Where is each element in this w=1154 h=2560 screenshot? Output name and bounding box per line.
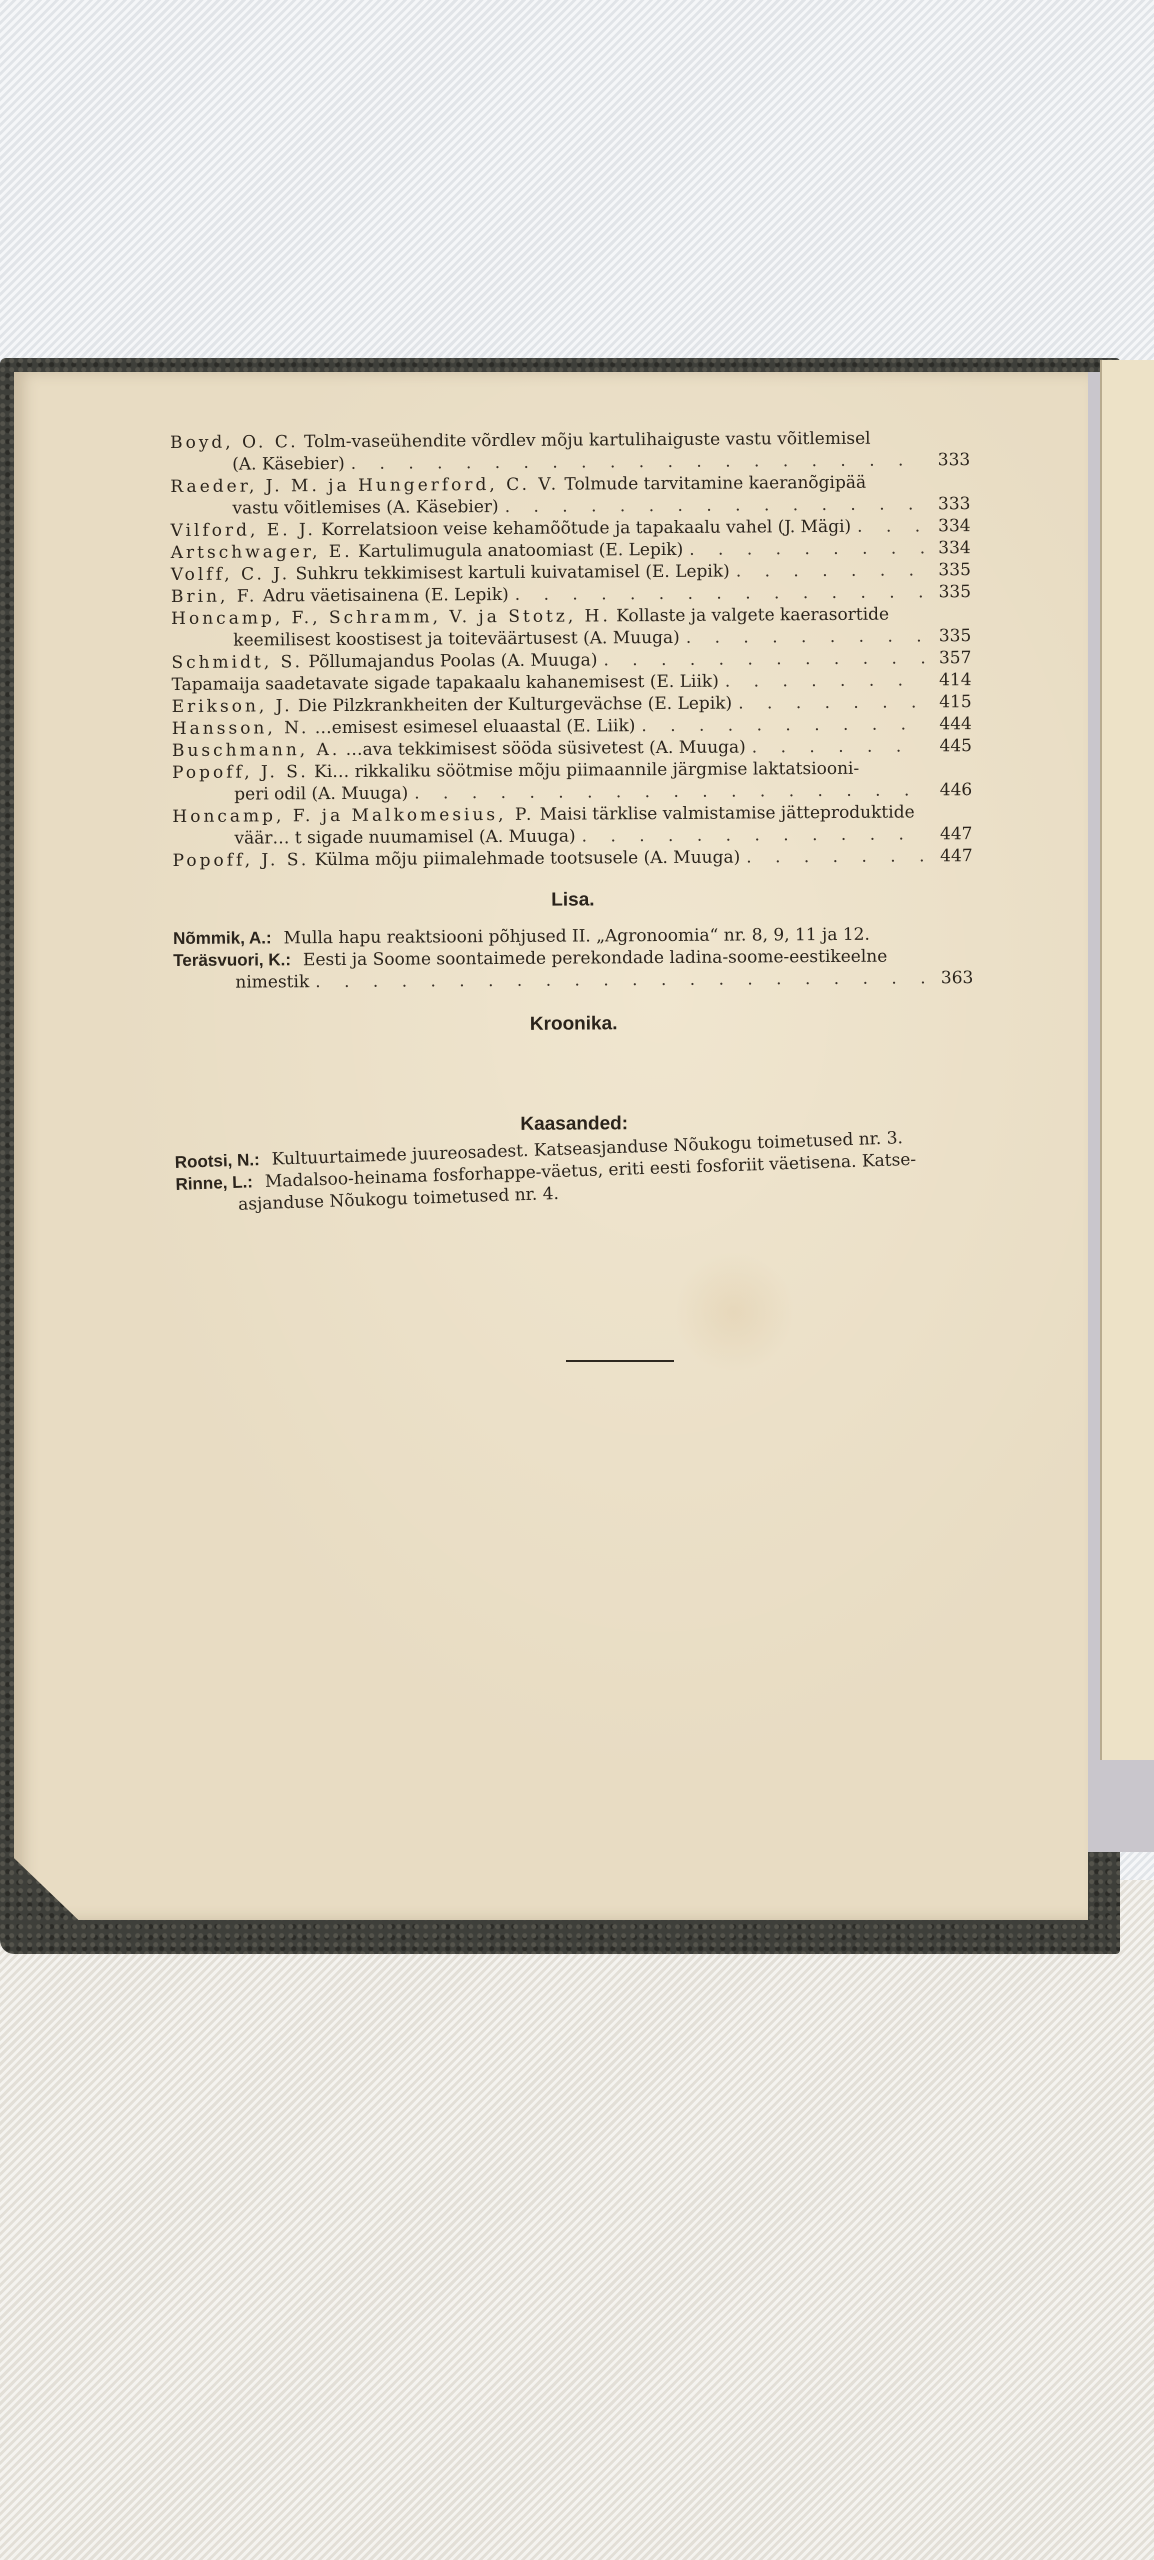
entry-author: Artschwager, E. bbox=[171, 542, 353, 563]
index-entry: Boyd, O. C. Tolm-vaseühendite võrdlev mõ… bbox=[170, 427, 970, 476]
entry-author: Raeder, J. M. ja Hungerford, C. V. bbox=[170, 475, 559, 497]
entry-continuation: vastu võitlemises (A. Käsebier) bbox=[232, 496, 498, 520]
entry-title: Adru väetisainena (E. Lepik) bbox=[263, 585, 509, 607]
page-number: 334 bbox=[931, 537, 971, 559]
entry-author: Hansson, N. bbox=[172, 718, 310, 739]
entry-title: Korrelatsioon veise kehamõõtude ja tapak… bbox=[321, 517, 851, 540]
entry-title: Die Pilzkrankheiten der Kulturgevächse (… bbox=[298, 694, 732, 717]
entry-author: Brin, F. bbox=[171, 586, 257, 607]
entry-title: Tolmude tarvitamine kaeranõgipää bbox=[564, 473, 866, 495]
dot-leader bbox=[582, 823, 927, 847]
page-content: Boyd, O. C. Tolm-vaseühendite võrdlev mõ… bbox=[170, 427, 975, 1218]
page-number: 363 bbox=[933, 967, 973, 989]
facing-page-leaf bbox=[1100, 360, 1154, 1760]
index-entry: Popoff, J. S. Ki… rikkaliku söötmise mõj… bbox=[172, 757, 972, 806]
index-entry: Popoff, J. S. Külma mõju piimalehmade to… bbox=[173, 845, 973, 872]
entry-author: Buschmann, A. bbox=[172, 740, 340, 761]
entry-author: Rinne, L.: bbox=[175, 1171, 253, 1196]
dot-leader bbox=[689, 537, 925, 560]
page-number: 333 bbox=[930, 493, 970, 515]
page-number: 444 bbox=[932, 713, 972, 735]
dot-leader bbox=[857, 515, 925, 537]
dot-leader bbox=[725, 669, 926, 692]
page-number: 447 bbox=[932, 823, 972, 845]
entry-title: Tapamaija saadetavate sigade tapakaalu k… bbox=[171, 672, 718, 695]
section-heading-lisa: Lisa. bbox=[173, 887, 973, 914]
dot-leader bbox=[736, 559, 925, 582]
dot-leader bbox=[738, 691, 926, 714]
dot-leader bbox=[515, 581, 925, 606]
page-number: 447 bbox=[933, 845, 973, 867]
entry-continuation: väär… t sigade nuumamisel (A. Muuga) bbox=[234, 826, 575, 850]
entry-title: …emisest esimesel eluaastal (E. Liik) bbox=[315, 716, 636, 738]
entry-continuation: keemilisest koostisest ja toiteväärtuses… bbox=[233, 627, 680, 652]
dot-leader bbox=[505, 493, 925, 518]
section-heading-kroonika: Kroonika. bbox=[174, 1011, 974, 1038]
entry-author: Popoff, J. S. bbox=[173, 850, 310, 871]
page-number: 335 bbox=[931, 625, 971, 647]
entry-author: Rootsi, N.: bbox=[174, 1149, 260, 1174]
entry-title: …ava tekkimisest sööda süsivetest (A. Mu… bbox=[346, 737, 746, 759]
entry-title: Põllumajandus Poolas (A. Muuga) bbox=[308, 650, 597, 672]
page-number: 415 bbox=[932, 691, 972, 713]
dot-leader bbox=[746, 845, 927, 868]
entry-author: Schmidt, S. bbox=[171, 652, 303, 673]
lisa-entry: Teräsvuori, K.:Eesti ja Soome soontaimed… bbox=[173, 945, 973, 994]
dot-leader bbox=[686, 625, 926, 648]
entry-continuation: (A. Käsebier) bbox=[232, 453, 345, 476]
page-number: 335 bbox=[931, 559, 971, 581]
page-number: 335 bbox=[931, 581, 971, 603]
entry-author: Vilford, E. J. bbox=[171, 520, 316, 541]
entry-title: Suhkru tekkimisest kartuli kuivatamisel … bbox=[296, 562, 730, 585]
entry-continuation: nimestik bbox=[235, 971, 309, 993]
table-surface bbox=[0, 1880, 1154, 2560]
entry-author: Boyd, O. C. bbox=[170, 432, 299, 453]
entry-title: Maisi tärklise valmistamise jätteprodukt… bbox=[540, 802, 915, 824]
entry-author: Nõmmik, A.: bbox=[173, 927, 272, 950]
dot-leader bbox=[414, 779, 926, 804]
entry-continuation: peri odil (A. Muuga) bbox=[234, 783, 408, 806]
page-number: 445 bbox=[932, 735, 972, 757]
dot-leader bbox=[641, 713, 926, 737]
entry-title: Kollaste ja valgete kaerasortide bbox=[616, 605, 889, 627]
end-rule-divider bbox=[566, 1360, 674, 1362]
dot-leader bbox=[315, 967, 927, 993]
index-entry: Honcamp, F. ja Malkomesius, P. Maisi tär… bbox=[172, 801, 972, 850]
entry-title: Külma mõju piimalehmade tootsusele (A. M… bbox=[315, 848, 741, 871]
page-number: 334 bbox=[931, 515, 971, 537]
entry-title: Kartulimugula anatoomiast (E. Lepik) bbox=[358, 540, 683, 562]
page-number: 446 bbox=[932, 779, 972, 801]
kaasanded-list: Rootsi, N.:Kultuurtaimede juureosadest. … bbox=[174, 1125, 976, 1218]
index-entry: Honcamp, F., Schramm, V. ja Stotz, H. Ko… bbox=[171, 603, 971, 652]
entry-title: Ki… rikkaliku söötmise mõju piimaannile … bbox=[314, 759, 859, 782]
entry-author: Honcamp, F. ja Malkomesius, P. bbox=[172, 805, 534, 827]
page-number: 414 bbox=[931, 669, 971, 691]
dot-leader bbox=[603, 647, 925, 671]
page-number: 357 bbox=[931, 647, 971, 669]
entry-author: Teräsvuori, K.: bbox=[173, 949, 291, 972]
dot-leader bbox=[752, 735, 926, 758]
entry-author: Honcamp, F., Schramm, V. ja Stotz, H. bbox=[171, 606, 611, 629]
entry-author: Volff, C. J. bbox=[171, 564, 290, 585]
page-number: 333 bbox=[930, 449, 970, 471]
index-list: Boyd, O. C. Tolm-vaseühendite võrdlev mõ… bbox=[170, 427, 973, 872]
entry-title: Tolm-vaseühendite võrdlev mõju kartuliha… bbox=[304, 429, 871, 452]
entry-author: Popoff, J. S. bbox=[172, 762, 309, 783]
index-entry: Raeder, J. M. ja Hungerford, C. V. Tolmu… bbox=[170, 471, 970, 520]
entry-author: Erikson, J. bbox=[172, 696, 293, 717]
